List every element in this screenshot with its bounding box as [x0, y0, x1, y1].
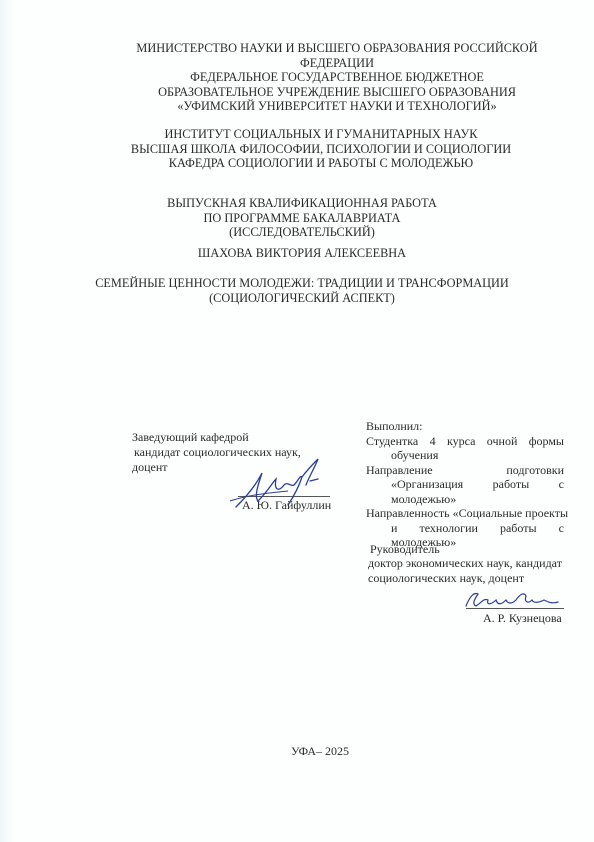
- word: Студентка: [366, 434, 418, 449]
- word: Направление: [366, 463, 433, 478]
- work-title: СЕМЕЙНЫЕ ЦЕННОСТИ МОЛОДЕЖИ: ТРАДИЦИИ И Т…: [5, 276, 594, 305]
- word: технологии: [419, 521, 477, 536]
- header-line: ОБРАЗОВАТЕЛЬНОЕ УЧРЕЖДЕНИЕ ВЫСШЕГО ОБРАЗ…: [40, 85, 594, 100]
- word: и: [391, 521, 397, 536]
- word: очной: [487, 434, 518, 449]
- head-degree-line2: доцент: [132, 460, 168, 475]
- head-role: Заведующий кафедрой: [132, 430, 249, 445]
- work-title-line: (СОЦИОЛОГИЧЕСКИЙ АСПЕКТ): [5, 291, 594, 306]
- ministry-header: МИНИСТЕРСТВО НАУКИ И ВЫСШЕГО ОБРАЗОВАНИЯ…: [40, 41, 594, 114]
- student-line: Студентка 4 курса очной формы: [366, 434, 564, 449]
- performer-label: Выполнил:: [366, 419, 564, 434]
- institute-line: ВЫСШАЯ ШКОЛА ФИЛОСОФИИ, ПСИХОЛОГИИ И СОЦ…: [24, 142, 594, 157]
- supervisor-label: Руководитель: [370, 542, 440, 557]
- work-type-line: (ИССЛЕДОВАТЕЛЬСКИЙ): [5, 225, 594, 240]
- word: «Организация: [391, 477, 463, 492]
- header-line: ФЕДЕРАЛЬНОЕ ГОСУДАРСТВЕННОЕ БЮДЖЕТНОЕ: [40, 70, 594, 85]
- direction-line: Направление подготовки: [366, 463, 564, 478]
- word: 4: [430, 434, 436, 449]
- author-name-text: ШАХОВА ВИКТОРИЯ АЛЕКСЕЕВНА: [5, 246, 594, 261]
- institute-line: ИНСТИТУТ СОЦИАЛЬНЫХ И ГУМАНИТАРНЫХ НАУК: [24, 127, 594, 142]
- supervisor-name: А. Р. Кузнецова: [483, 611, 562, 626]
- work-type-line: ВЫПУСКНАЯ КВАЛИФИКАЦИОННАЯ РАБОТА: [5, 196, 594, 211]
- word: подготовки: [506, 463, 564, 478]
- performer-block: Выполнил: Студентка 4 курса очной формы …: [366, 419, 564, 550]
- city-year: УФА– 2025: [0, 744, 594, 759]
- work-type: ВЫПУСКНАЯ КВАЛИФИКАЦИОННАЯ РАБОТА ПО ПРО…: [5, 196, 594, 240]
- head-name: А. Ю. Гайфуллин: [242, 498, 331, 513]
- direction-line-cont2: молодежью»: [366, 492, 564, 507]
- direction-line-cont: «Организация работы с: [366, 477, 564, 492]
- header-line: ФЕДЕРАЦИИ: [40, 56, 594, 71]
- word: курса: [447, 434, 475, 449]
- header-line: «УФИМСКИЙ УНИВЕРСИТЕТ НАУКИ И ТЕХНОЛОГИЙ…: [40, 99, 594, 114]
- focus-line-cont: и технологии работы с: [366, 521, 564, 536]
- focus-line: Направленность «Социальные проекты: [366, 506, 564, 521]
- city-year-text: УФА– 2025: [0, 744, 594, 759]
- word: формы: [529, 434, 564, 449]
- word: с: [559, 477, 564, 492]
- scan-edge-shade: [0, 0, 14, 842]
- supervisor-signature-line: [466, 608, 564, 609]
- institute-line: КАФЕДРА СОЦИОЛОГИИ И РАБОТЫ С МОЛОДЕЖЬЮ: [24, 156, 594, 171]
- header-line: МИНИСТЕРСТВО НАУКИ И ВЫСШЕГО ОБРАЗОВАНИЯ…: [40, 41, 594, 56]
- work-title-line: СЕМЕЙНЫЕ ЦЕННОСТИ МОЛОДЕЖИ: ТРАДИЦИИ И Т…: [5, 276, 594, 291]
- word: с: [559, 521, 564, 536]
- word: работы: [493, 477, 530, 492]
- supervisor-degree-line2: социологических наук, доцент: [368, 571, 524, 586]
- supervisor-degree-line1: доктор экономических наук, кандидат: [368, 556, 562, 571]
- word: работы: [500, 521, 537, 536]
- author-name: ШАХОВА ВИКТОРИЯ АЛЕКСЕЕВНА: [5, 246, 594, 261]
- institute-header: ИНСТИТУТ СОЦИАЛЬНЫХ И ГУМАНИТАРНЫХ НАУК …: [24, 127, 594, 171]
- student-line-cont: обучения: [366, 448, 564, 463]
- work-type-line: ПО ПРОГРАММЕ БАКАЛАВРИАТА: [5, 211, 594, 226]
